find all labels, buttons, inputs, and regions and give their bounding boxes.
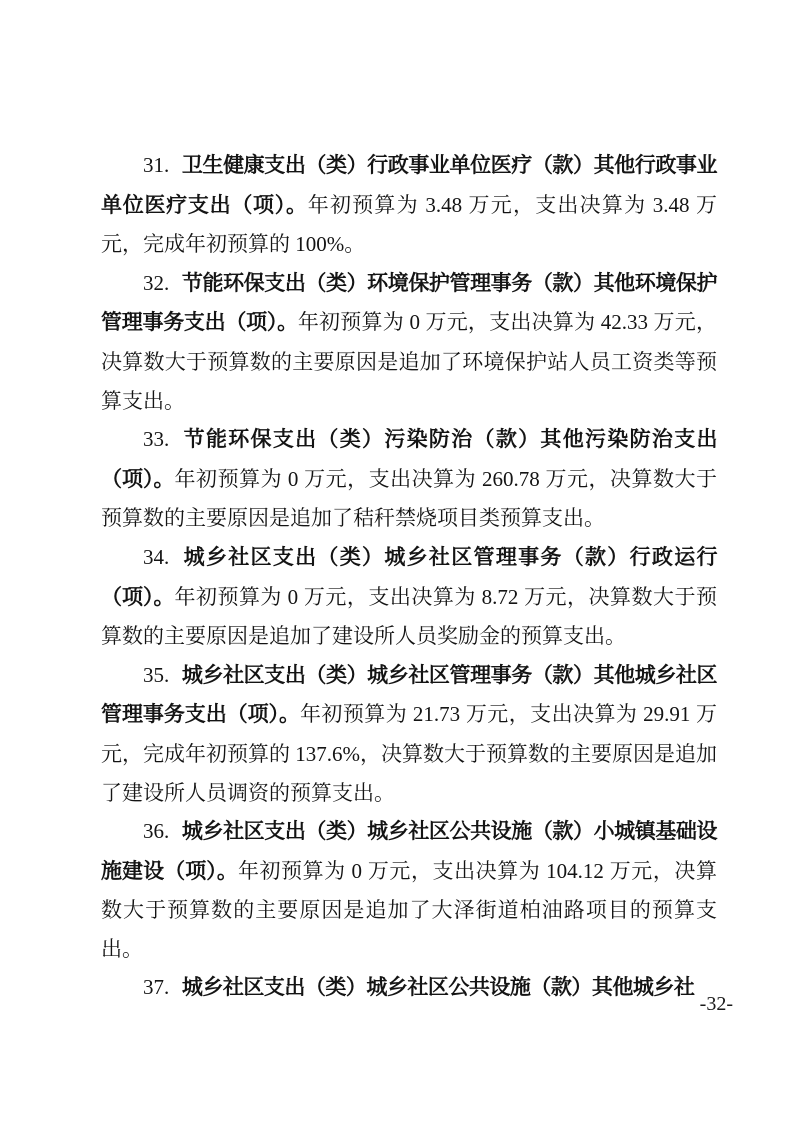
item-number: 37. bbox=[143, 975, 169, 999]
document-body: 31.卫生健康支出（类）行政事业单位医疗（款）其他行政事业单位医疗支出（项）。年… bbox=[101, 146, 717, 1008]
budget-item-35: 35.城乡社区支出（类）城乡社区管理事务（款）其他城乡社区管理事务支出（项）。年… bbox=[101, 656, 717, 812]
item-number: 35. bbox=[143, 663, 169, 687]
item-number: 33. bbox=[143, 427, 169, 451]
item-number: 36. bbox=[143, 819, 169, 843]
budget-item-37: 37.城乡社区支出（类）城乡社区公共设施（款）其他城乡社 bbox=[101, 968, 717, 1008]
budget-item-34: 34.城乡社区支出（类）城乡社区管理事务（款）行政运行（项）。年初预算为 0 万… bbox=[101, 538, 717, 656]
budget-item-31: 31.卫生健康支出（类）行政事业单位医疗（款）其他行政事业单位医疗支出（项）。年… bbox=[101, 146, 717, 264]
item-number: 34. bbox=[143, 545, 169, 569]
item-body: 年初预算为 0 万元，支出决算为 8.72 万元，决算数大于预算数的主要原因是追… bbox=[101, 585, 717, 649]
item-body: 年初预算为 0 万元，支出决算为 260.78 万元，决算数大于预算数的主要原因… bbox=[101, 467, 717, 531]
page-number: -32- bbox=[700, 993, 733, 1015]
item-heading: 城乡社区支出（类）城乡社区公共设施（款）其他城乡社 bbox=[182, 976, 695, 999]
document-page: 31.卫生健康支出（类）行政事业单位医疗（款）其他行政事业单位医疗支出（项）。年… bbox=[0, 0, 793, 1122]
budget-item-33: 33.节能环保支出（类）污染防治（款）其他污染防治支出（项）。年初预算为 0 万… bbox=[101, 420, 717, 538]
budget-item-36: 36.城乡社区支出（类）城乡社区公共设施（款）小城镇基础设施建设（项）。年初预算… bbox=[101, 812, 717, 968]
budget-item-32: 32.节能环保支出（类）环境保护管理事务（款）其他环境保护管理事务支出（项）。年… bbox=[101, 264, 717, 420]
item-number: 31. bbox=[143, 153, 169, 177]
item-number: 32. bbox=[143, 271, 169, 295]
